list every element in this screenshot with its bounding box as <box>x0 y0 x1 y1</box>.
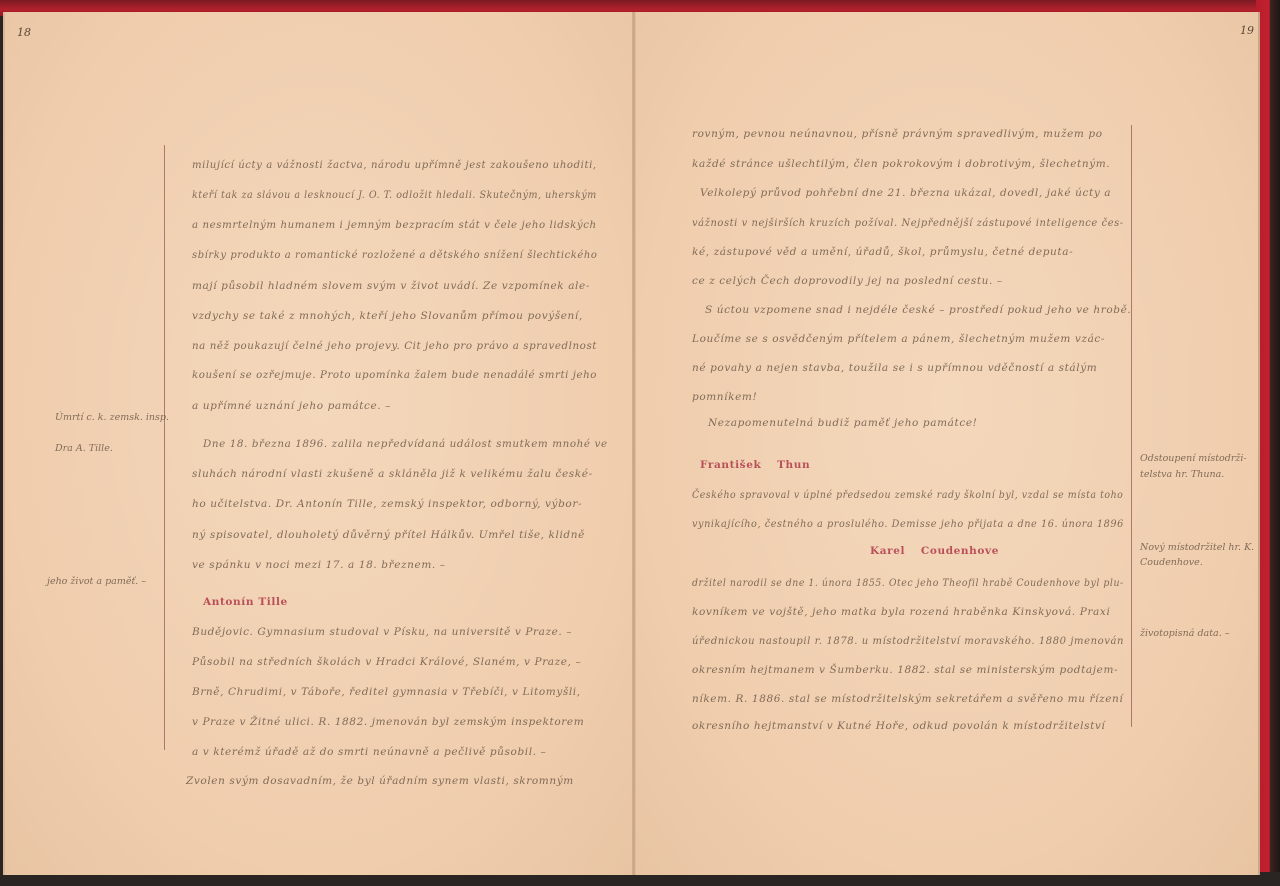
manuscript-line: milující úcty a vážnosti žactva, národu … <box>192 159 597 171</box>
manuscript-line-with-red-name: František Thun <box>700 459 810 471</box>
manuscript-line: v Praze v Žitné ulici. R. 1882. jmenován… <box>192 716 584 728</box>
manuscript-line: kovníkem ve vojště, jeho matka byla roze… <box>692 606 1110 618</box>
manuscript-line: a nesmrtelným humanem i jemným bezpracím… <box>192 219 597 231</box>
manuscript-line: ce z celých Čech doprovodily jej na posl… <box>692 275 1003 287</box>
manuscript-line: S úctou vzpomene snad i nejdéle české – … <box>705 304 1131 316</box>
manuscript-line: vynikajícího, čestného a proslulého. Dem… <box>692 518 1124 530</box>
manuscript-line: na něž poukazují čelné jeho projevy. Cit… <box>192 340 597 352</box>
manuscript-line: koušení se ozřejmuje. Proto upomínka žal… <box>192 369 597 381</box>
highlighted-name-coudenhove: Coudenhove <box>921 545 999 557</box>
manuscript-line: Zvolen svým dosavadním, že byl úřadním s… <box>186 775 574 787</box>
manuscript-line: držitel narodil se dne 1. února 1855. Ot… <box>692 577 1124 589</box>
manuscript-line: né povahy a nejen stavba, toužila se i s… <box>692 362 1097 374</box>
left-page-number: 18 <box>17 26 31 39</box>
manuscript-line: Loučíme se s osvědčeným přítelem a pánem… <box>692 333 1105 345</box>
right-page <box>635 12 1260 875</box>
margin-note: jeho život a paměť. – <box>47 575 146 589</box>
margin-note: Dra A. Tille. <box>55 442 113 456</box>
manuscript-line: Velkolepý průvod pohřební dne 21. března… <box>700 187 1111 199</box>
manuscript-line: Působil na středních školách v Hradci Kr… <box>192 656 581 668</box>
manuscript-line: Nezapomenutelná budiž paměť jeho památce… <box>708 417 977 429</box>
manuscript-line: sluhách národní vlasti zkušeně a skláněl… <box>192 468 593 480</box>
highlighted-name-karel: Karel <box>870 545 905 557</box>
manuscript-line: ve spánku v noci mezi 17. a 18. březnem.… <box>192 559 446 571</box>
manuscript-line: úřednickou nastoupil r. 1878. u místodrž… <box>692 635 1124 647</box>
margin-note: Coudenhove. <box>1140 556 1203 570</box>
manuscript-line: kteří tak za slávou a lesknoucí J. O. T.… <box>192 189 597 201</box>
manuscript-line: vážnosti v nejširších kruzích požíval. N… <box>692 217 1124 229</box>
manuscript-line: mají působil hladném slovem svým v život… <box>192 280 590 292</box>
manuscript-line: a upřímné uznání jeho památce. – <box>192 400 391 412</box>
manuscript-line: Dne 18. března 1896. zalila nepředvídaná… <box>203 438 608 450</box>
margin-note: Úmrtí c. k. zemsk. insp. <box>55 411 169 425</box>
margin-note: telstva hr. Thuna. <box>1140 468 1224 482</box>
left-page-margin-rule <box>164 145 165 750</box>
margin-note: Nový místodržitel hr. K. <box>1140 541 1254 555</box>
highlighted-name-frantisek: František <box>700 459 761 471</box>
manuscript-line: a v kterémž úřadě až do smrti neúnavně a… <box>192 746 546 758</box>
right-page-number: 19 <box>1240 24 1254 37</box>
manuscript-line: ké, zástupové věd a umění, úřadů, škol, … <box>692 246 1073 258</box>
manuscript-line: rovným, pevnou neúnavnou, přísně právným… <box>692 128 1103 140</box>
manuscript-line: vzdychy se také z mnohých, kteří jeho Sl… <box>192 310 583 322</box>
highlighted-name-thun: Thun <box>777 459 810 471</box>
manuscript-line: okresního hejtmanství v Kutné Hoře, odku… <box>692 720 1105 732</box>
manuscript-line: Budějovic. Gymnasium studoval v Písku, n… <box>192 626 572 638</box>
margin-note: životopisná data. – <box>1140 627 1229 641</box>
manuscript-line: ho učitelstva. Dr. Antonín Tille, zemský… <box>192 498 582 510</box>
manuscript-line-with-red-name: Karel Coudenhove <box>870 545 999 557</box>
manuscript-line: Brně, Chrudimi, v Táboře, ředitel gymnas… <box>192 686 581 698</box>
right-page-margin-rule <box>1131 125 1132 727</box>
manuscript-line: pomníkem! <box>692 391 757 403</box>
margin-note: Odstoupení místodrži- <box>1140 452 1247 466</box>
manuscript-line: sbírky produkto a romantické rozložené a… <box>192 249 597 261</box>
manuscript-line: ný spisovatel, dlouholetý důvěrný přítel… <box>192 529 585 541</box>
manuscript-line-with-red-name: Antonín Tille <box>203 596 288 608</box>
highlighted-name-tille: Antonín Tille <box>203 596 288 608</box>
manuscript-line: Českého spravoval v úplné předsedou zems… <box>692 489 1123 501</box>
manuscript-line: každé stránce ušlechtilým, člen pokrokov… <box>692 158 1110 170</box>
manuscript-line: níkem. R. 1886. stal se místodržitelským… <box>692 693 1123 705</box>
manuscript-line: okresním hejtmanem v Šumberku. 1882. sta… <box>692 664 1118 676</box>
